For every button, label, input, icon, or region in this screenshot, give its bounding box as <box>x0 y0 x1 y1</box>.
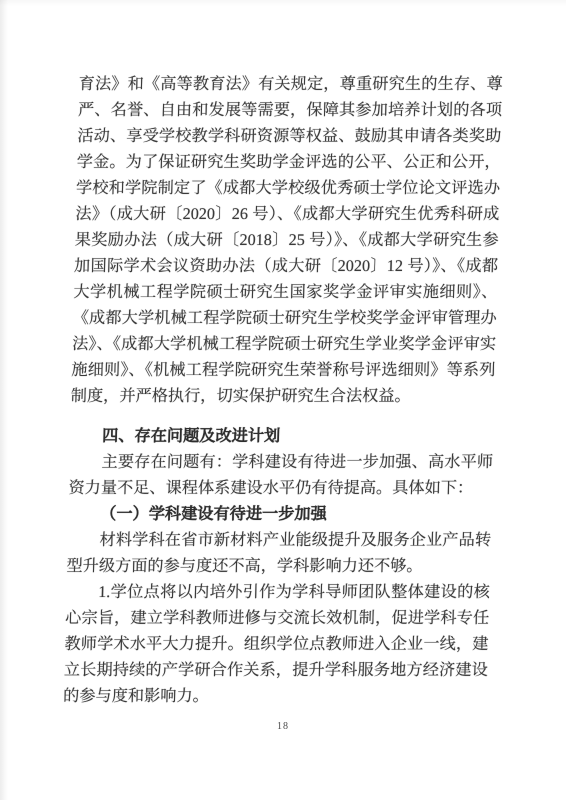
document-body: 育法》和《高等教育法》有关规定，尊重研究生的生存、尊严、名誉、自由和发展等需要，… <box>63 71 503 709</box>
paragraph-scholarship-policies: 育法》和《高等教育法》有关规定，尊重研究生的生存、尊严、名誉、自由和发展等需要，… <box>70 71 503 409</box>
page-number: 18 <box>0 721 566 732</box>
subsection-heading-discipline-construction: （一）学科建设有待进一步加强 <box>67 501 492 527</box>
paragraph-improvement-plan-item-1: 1.学位点将以内培外引作为学科导师团队整体建设的核心宗旨，建立学科教师进修与交流… <box>63 579 490 709</box>
section-heading-problems-and-plans: 四、存在问题及改进计划 <box>69 423 494 449</box>
document-page: 育法》和《高等教育法》有关规定，尊重研究生的生存、尊严、名誉、自由和发展等需要，… <box>0 0 566 800</box>
paragraph-discipline-participation: 材料学科在省市新材料产业能级提升及服务企业产品转型升级方面的参与度还不高，学科影… <box>66 527 491 579</box>
paragraph-problems-summary: 主要存在问题有：学科建设有待进一步加强、高水平师资力量不足、课程体系建设水平仍有… <box>68 449 493 501</box>
